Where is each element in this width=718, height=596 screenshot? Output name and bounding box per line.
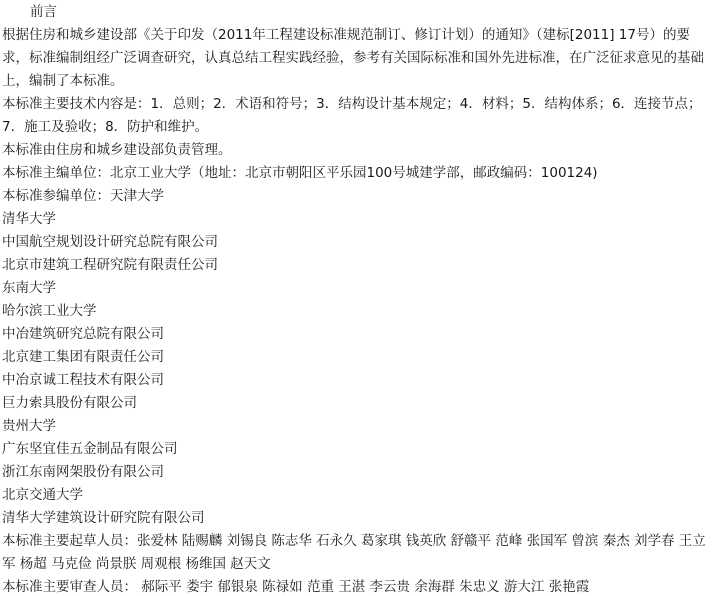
unit-item: 中冶建筑研究总院有限公司 [2,323,716,346]
reviewers-paragraph: 本标准主要审查人员： 郝际平 娄宇 郁银泉 陈禄如 范重 王湛 李云贵 余海群 … [2,576,716,596]
document-heading: 前言 [2,1,716,24]
management-paragraph: 本标准由住房和城乡建设部负责管理。 [2,139,716,162]
chief-editor-paragraph: 本标准主编单位：北京工业大学（地址：北京市朝阳区平乐园100号城建学部，邮政编码… [2,162,716,185]
unit-item: 贵州大学 [2,415,716,438]
unit-item: 广东坚宜佳五金制品有限公司 [2,438,716,461]
unit-item: 中冶京诚工程技术有限公司 [2,369,716,392]
unit-item: 北京交通大学 [2,484,716,507]
drafters-paragraph: 本标准主要起草人员：张爱林 陆赐麟 刘锡良 陈志华 石永久 葛家琪 钱英欣 舒赣… [2,530,716,576]
unit-item: 东南大学 [2,277,716,300]
intro-paragraph: 根据住房和城乡建设部《关于印发（2011年工程建设标准规范制订、修订计划）的通知… [2,24,716,93]
technical-content-paragraph: 本标准主要技术内容是：1．总则；2．术语和符号；3．结构设计基本规定；4．材料；… [2,93,716,139]
document-body: 前言 根据住房和城乡建设部《关于印发（2011年工程建设标准规范制订、修订计划）… [0,0,718,596]
unit-item: 哈尔滨工业大学 [2,300,716,323]
unit-item: 中国航空规划设计研究总院有限公司 [2,231,716,254]
participating-units-list: 清华大学 中国航空规划设计研究总院有限公司 北京市建筑工程研究院有限责任公司 东… [2,208,716,530]
participating-units-heading: 本标准参编单位：天津大学 [2,185,716,208]
unit-item: 浙江东南网架股份有限公司 [2,461,716,484]
unit-item: 巨力索具股份有限公司 [2,392,716,415]
unit-item: 北京建工集团有限责任公司 [2,346,716,369]
unit-item: 清华大学建筑设计研究院有限公司 [2,507,716,530]
unit-item: 清华大学 [2,208,716,231]
unit-item: 北京市建筑工程研究院有限责任公司 [2,254,716,277]
